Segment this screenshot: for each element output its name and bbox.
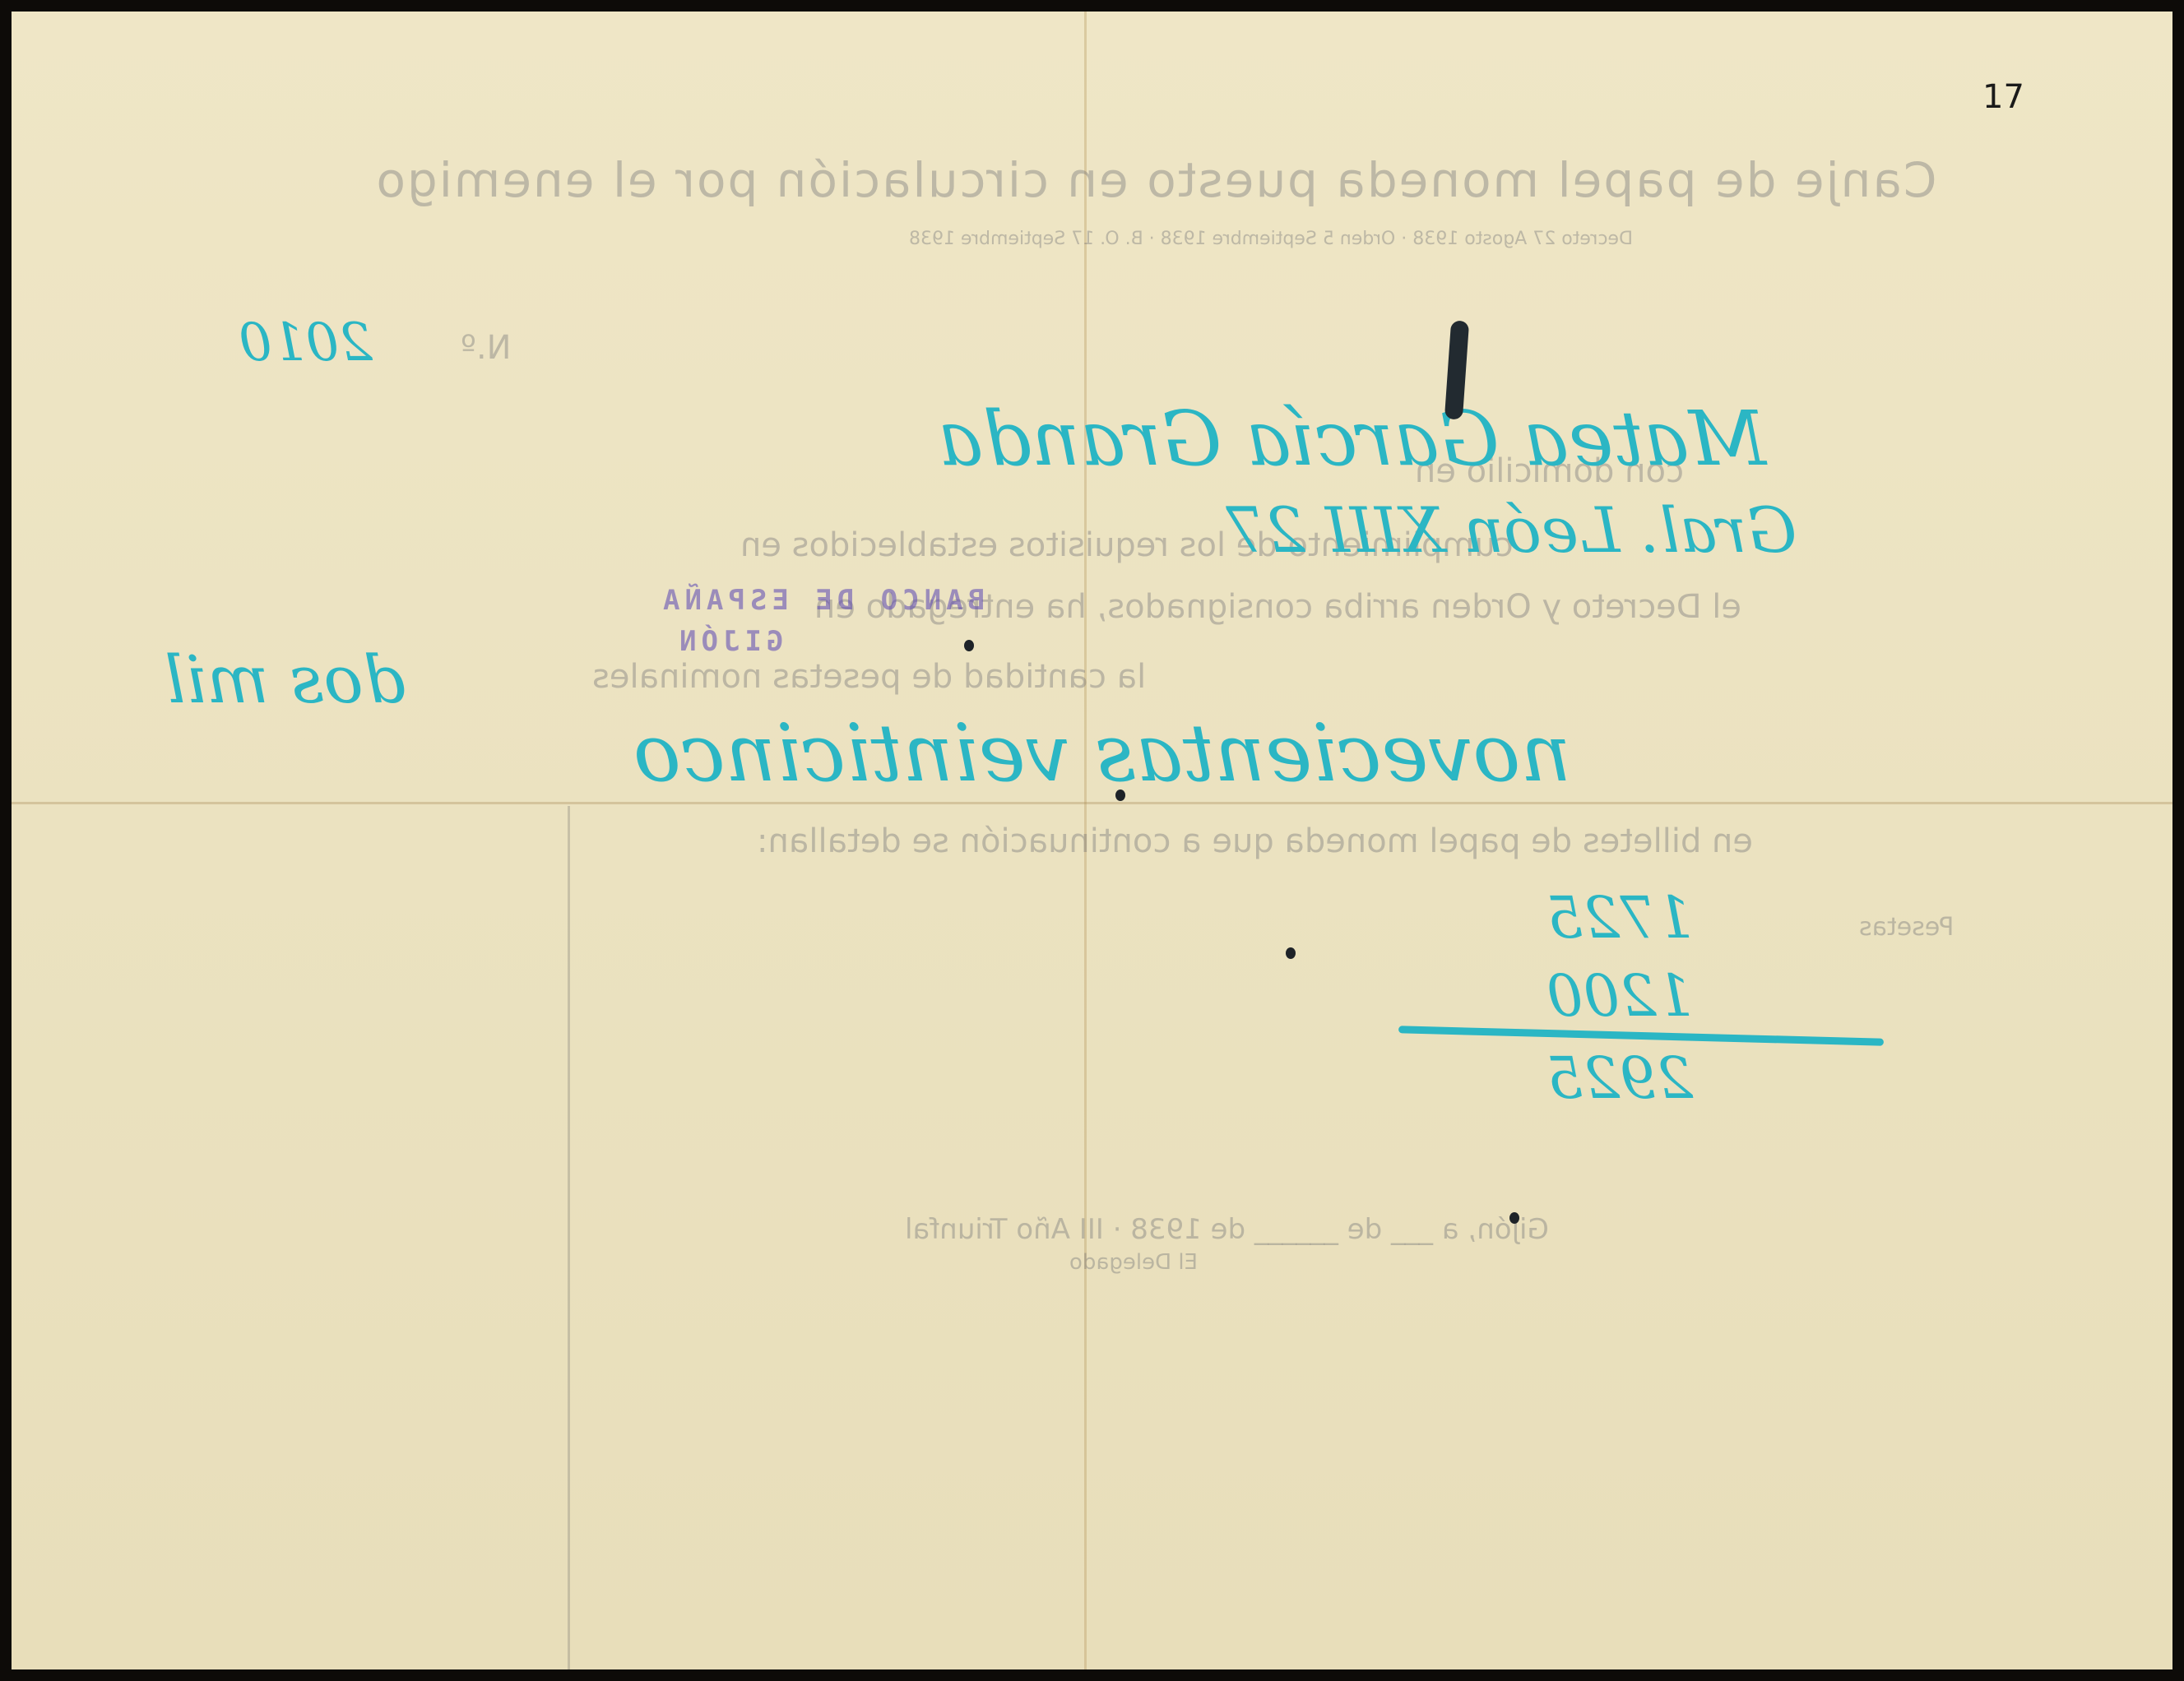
sum-total: 2925 [1546,1044,1693,1112]
ink-dot [1115,790,1125,801]
handwritten-amount-1: dos mil [165,641,406,718]
bank-stamp-line2: GIJÓN [675,625,783,658]
scanned-document: 17 Canje de papel moneda puesto en circu… [0,0,2184,1681]
ink-dot [1509,1212,1519,1224]
handwritten-name: Matea García Granda [938,395,1766,483]
sum-line-1: 1725 [1546,884,1693,952]
footer-sub: El Delegado [1069,1250,1198,1275]
bank-stamp-line1: BANCO DE ESPAÑA [658,584,985,617]
fold-line-horizontal [0,802,2184,804]
sum-line-2: 1200 [1546,962,1693,1030]
print-line-4: la cantidad de pesetas nominales [592,658,1146,696]
corner-mark: 17 [1982,78,2024,116]
ink-dot [1286,947,1296,959]
crease [568,806,570,1681]
handwritten-amount-2: novecientas veinticinco [633,707,1571,799]
pesetas-label: Pesetas [1859,913,1954,942]
handwritten-address: Gral. León XIII 27 [1226,493,1797,567]
number-label: N.º [461,329,511,367]
handwritten-number: 2010 [239,313,373,373]
document-title: Canje de papel moneda puesto en circulac… [271,152,2040,208]
document-subtitle: Decreto 27 Agosto 1938 · Orden 5 Septiem… [510,229,2032,249]
footer-line: Gijón, a ___ de ______ de 1938 · III Año… [905,1213,1549,1246]
ink-dot [964,640,974,651]
print-line-5: en billetes de papel moneda que a contin… [757,822,1753,860]
